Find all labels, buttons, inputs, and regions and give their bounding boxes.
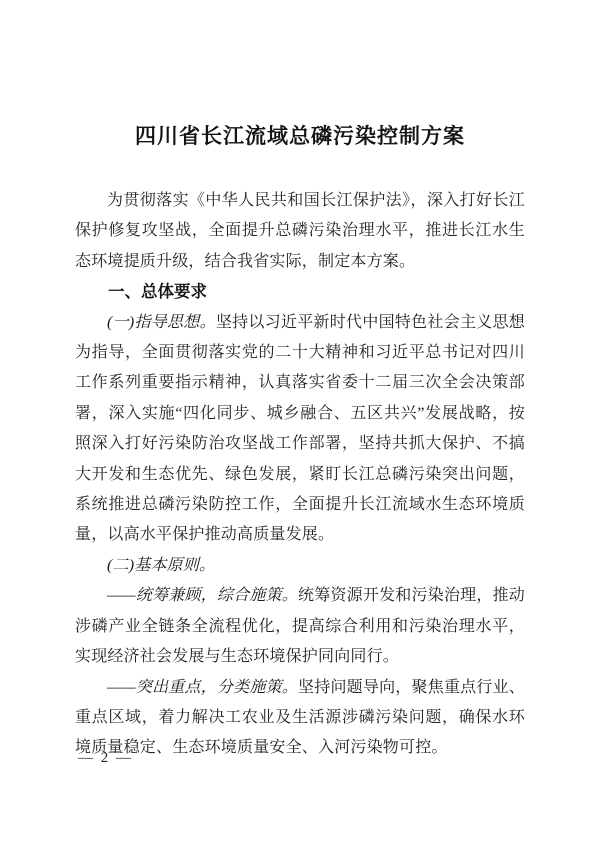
paragraph-lead: (一)指导思想。 xyxy=(107,314,216,331)
paragraph: 为贯彻落实《中华人民共和国长江保护法》，深入打好长江保护修复攻坚战，全面提升总磷… xyxy=(75,186,525,277)
section-heading: 一、总体要求 xyxy=(75,277,525,307)
paragraph: (一)指导思想。坚持以习近平新时代中国特色社会主义思想为指导，全面贯彻落实党的二… xyxy=(75,308,525,551)
document-page: 四川省长江流域总磷污染控制方案 为贯彻落实《中华人民共和国长江保护法》，深入打好… xyxy=(0,0,600,848)
document-title: 四川省长江流域总磷污染控制方案 xyxy=(75,116,525,156)
paragraph-lead: (二)基本原则。 xyxy=(107,557,215,574)
page-number: — 2 — xyxy=(78,750,133,767)
paragraph-lead: ——突出重点，分类施策。 xyxy=(107,679,298,696)
document-body: 为贯彻落实《中华人民共和国长江保护法》，深入打好长江保护修复攻坚战，全面提升总磷… xyxy=(75,186,525,764)
paragraph-lead: ——统筹兼顾，综合施策。 xyxy=(107,587,298,604)
paragraph: (二)基本原则。 xyxy=(75,551,525,581)
paragraph: ——统筹兼顾，综合施策。统筹资源开发和污染治理，推动涉磷产业全链条全流程优化，提… xyxy=(75,581,525,672)
paragraph: ——突出重点，分类施策。坚持问题导向，聚焦重点行业、重点区域，着力解决工农业及生… xyxy=(75,673,525,764)
